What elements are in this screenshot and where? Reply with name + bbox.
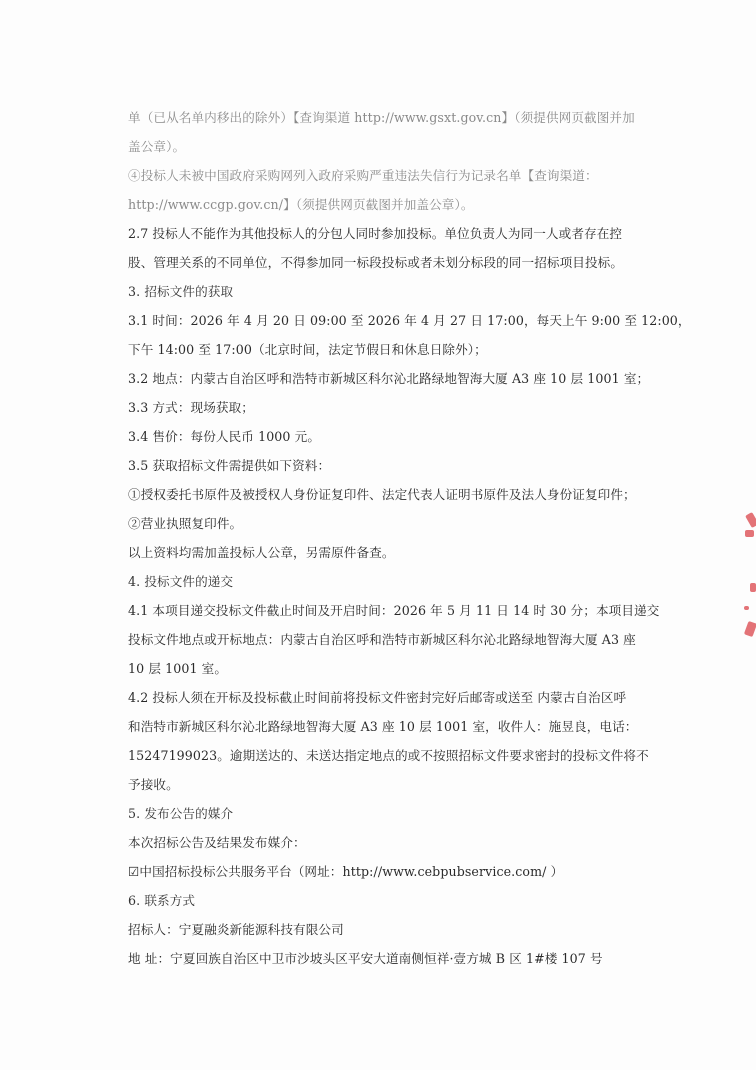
clause-3-2-location: 3.2 地点：内蒙古自治区呼和浩特市新城区科尔沁北路绿地智海大厦 A3 座 10… [128,371,648,387]
text-line-ccgp-url: http://www.ccgp.gov.cn/】（须提供网页截图并加盖公章）。 [128,197,648,213]
text-line-eligibility-gsxt: 单（已从名单内移出的除外）【查询渠道 http://www.gsxt.gov.c… [128,110,648,126]
material-item-1: ①授权委托书原件及被授权人身份证复印件、法定代表人证明书原件及法人身份证复印件； [128,487,648,503]
clause-4-1-room: 10 层 1001 室。 [128,661,648,677]
text-line-ccgp-requirement: ④投标人未被中国政府采购网列入政府采购严重违法失信行为记录名单【查询渠道： [128,168,648,184]
clause-4-2-phone: 15247199023。逾期送达的、未送达指定地点的或不按照招标文件要求密封的投… [128,748,648,764]
clause-3-3-method: 3.3 方式：现场获取； [128,400,648,416]
section-3-heading: 3. 招标文件的获取 [128,284,648,300]
clause-4-2-end: 予接收。 [128,777,648,793]
clause-4-1-deadline: 4.1 本项目递交投标文件截止时间及开启时间：2026 年 5 月 11 日 1… [128,603,648,619]
contact-tenderer: 招标人：宁夏融炎新能源科技有限公司 [128,922,648,938]
clause-2-7-cont: 股、管理关系的不同单位，不得参加同一标段投标或者未划分标段的同一招标项目投标。 [128,255,648,271]
media-platform: ☑中国招标投标公共服务平台（网址：http://www.cebpubservic… [128,864,648,880]
clause-2-7: 2.7 投标人不能作为其他投标人的分包人同时参加投标。单位负责人为同一人或者存在… [128,226,648,242]
material-item-2: ②营业执照复印件。 [128,516,648,532]
clause-4-2-cont: 和浩特市新城区科尔沁北路绿地智海大厦 A3 座 10 层 1001 室，收件人：… [128,719,648,735]
clause-3-4-price: 3.4 售价：每份人民币 1000 元。 [128,429,648,445]
clause-4-1-cont: 投标文件地点或开标地点：内蒙古自治区呼和浩特市新城区科尔沁北路绿地智海大厦 A3… [128,632,648,648]
section-4-heading: 4. 投标文件的递交 [128,574,648,590]
document-page: 单（已从名单内移出的除外）【查询渠道 http://www.gsxt.gov.c… [0,0,756,1070]
section-6-heading: 6. 联系方式 [128,893,648,909]
media-intro: 本次招标公告及结果发布媒介： [128,835,648,851]
materials-note: 以上资料均需加盖投标人公章，另需原件备查。 [128,545,648,561]
clause-4-2-delivery: 4.2 投标人须在开标及投标截止时间前将投标文件密封完好后邮寄或送至 内蒙古自治… [128,690,648,706]
clause-3-1-cont: 下午 14:00 至 17:00（北京时间，法定节假日和休息日除外）； [128,342,648,358]
section-5-heading: 5. 发布公告的媒介 [128,806,648,822]
text-line-seal-note: 盖公章）。 [128,139,648,155]
contact-address: 地 址：宁夏回族自治区中卫市沙坡头区平安大道南侧恒祥·壹方城 B 区 1#楼 1… [128,951,648,967]
clause-3-1-time: 3.1 时间：2026 年 4 月 20 日 09:00 至 2026 年 4 … [128,313,648,329]
clause-3-5-materials: 3.5 获取招标文件需提供如下资料： [128,458,648,474]
